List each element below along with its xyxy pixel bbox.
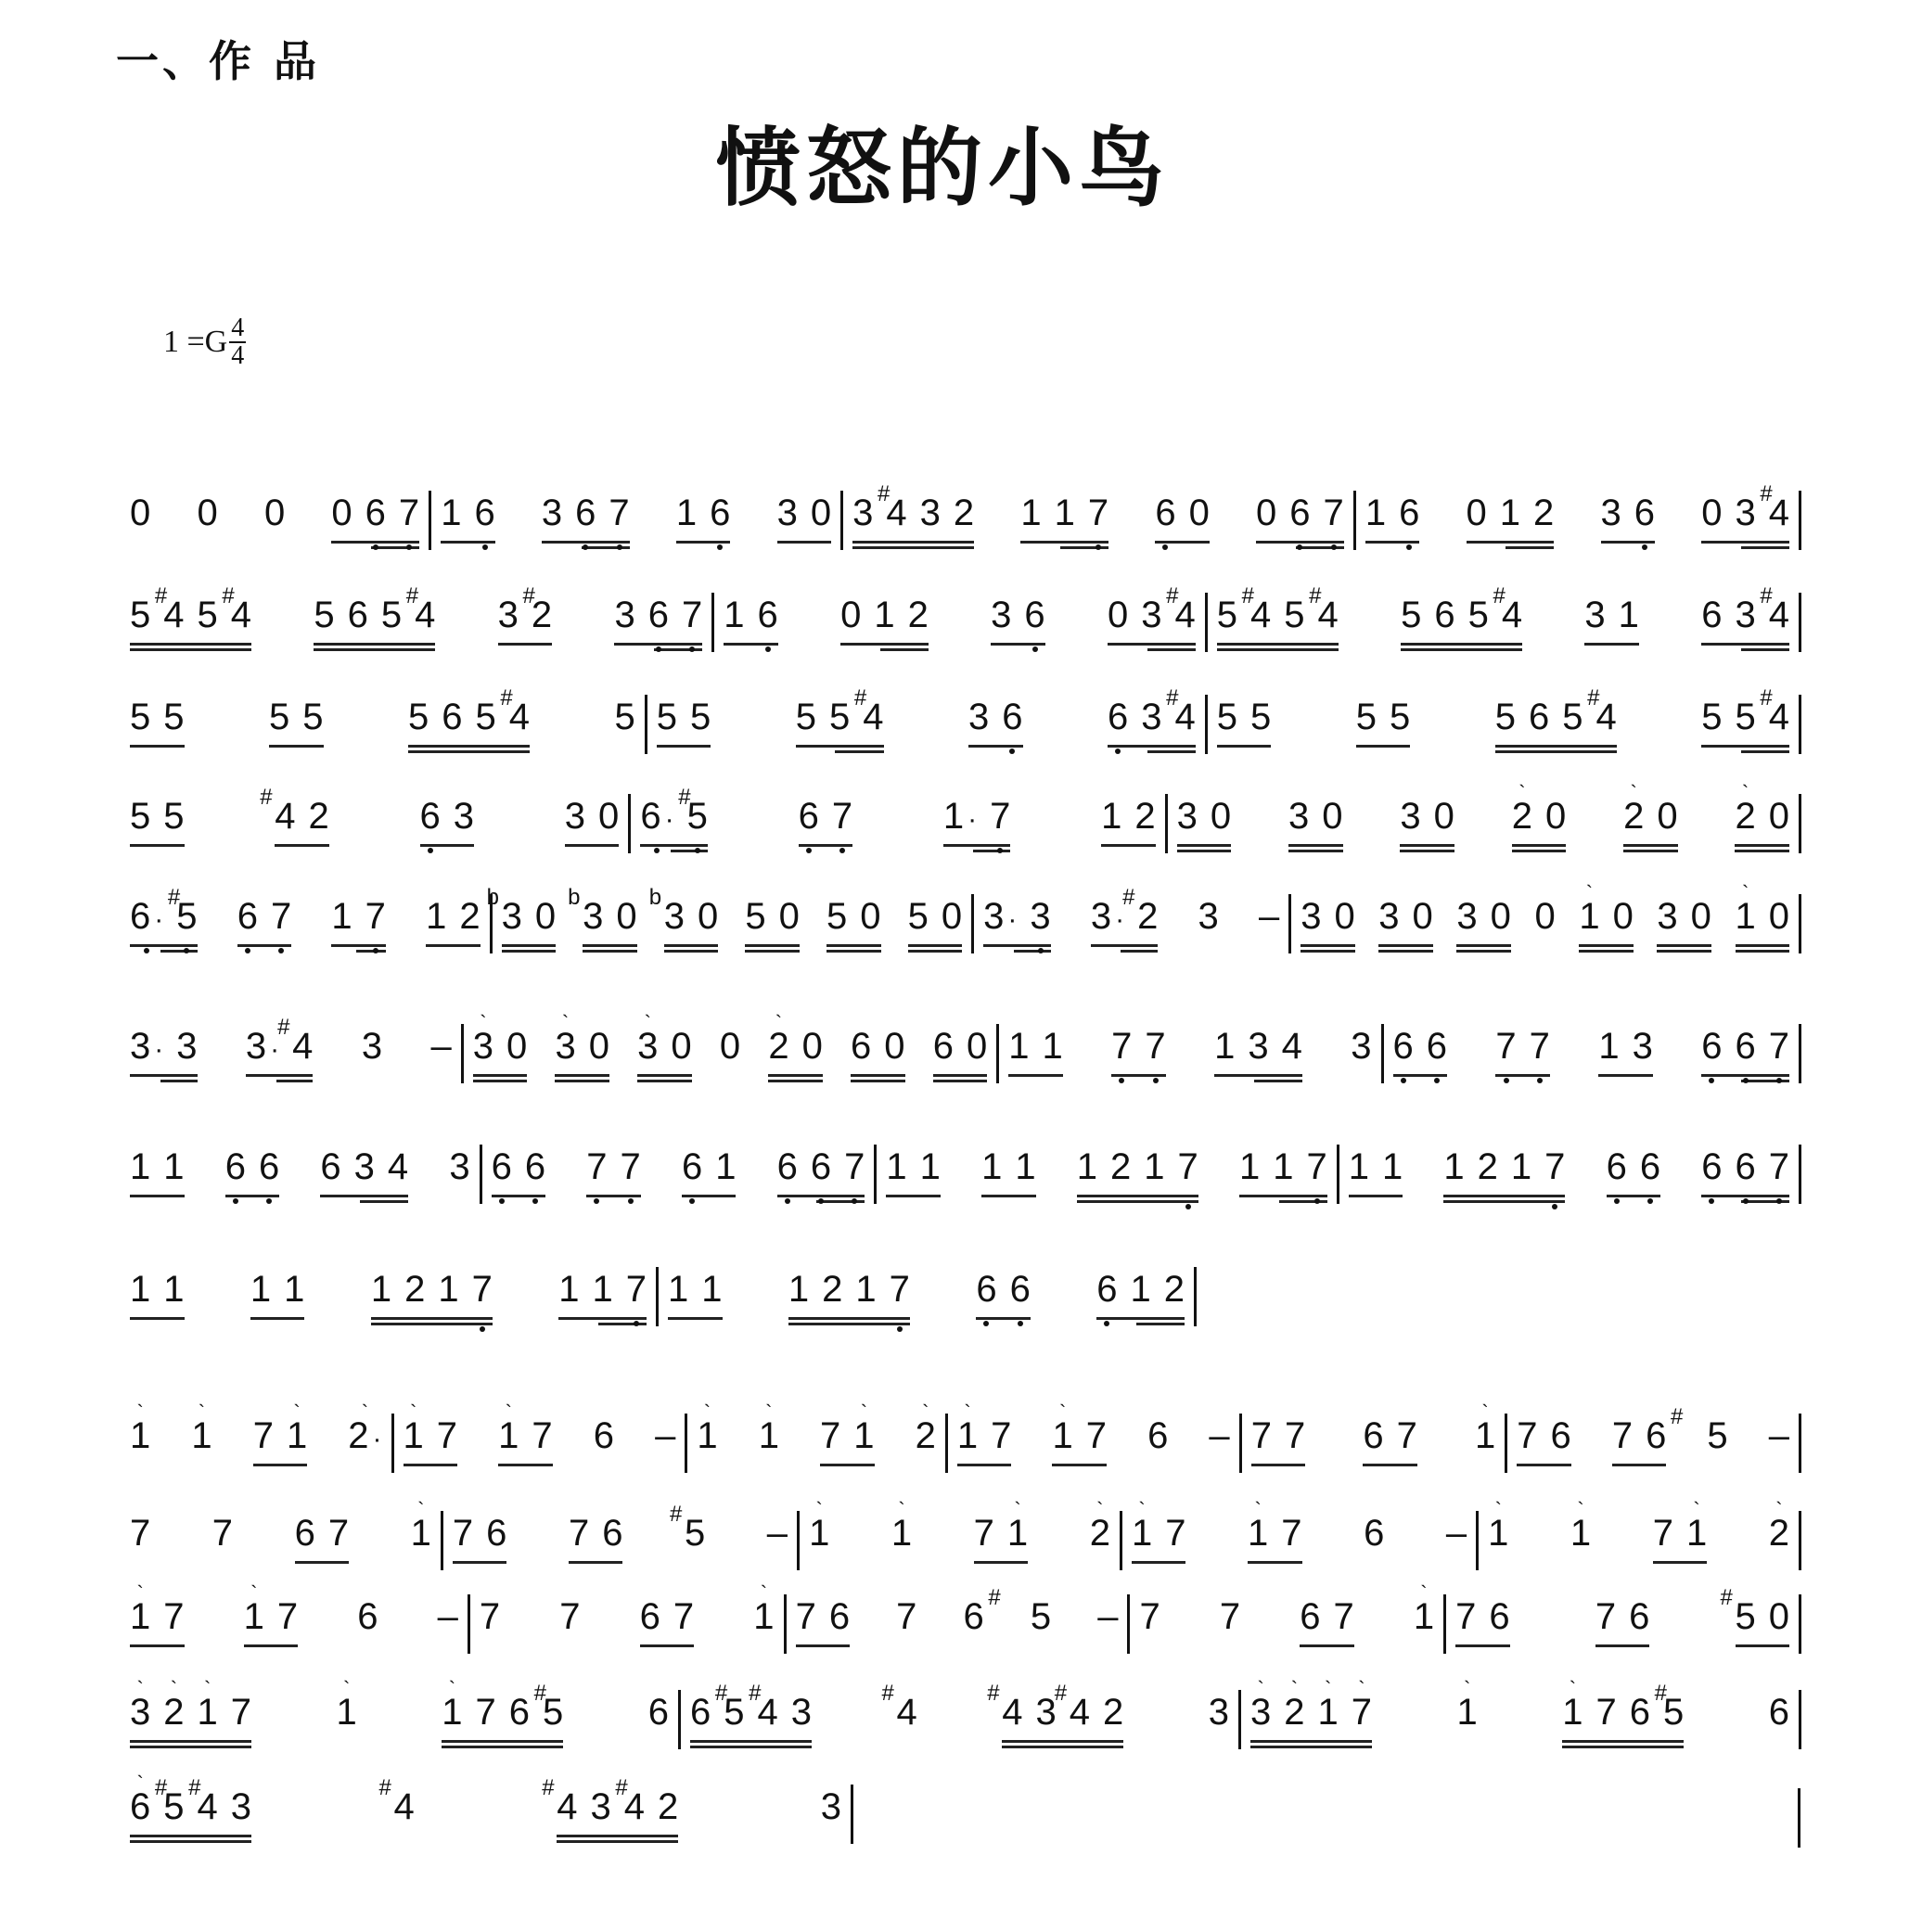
note: 7 [1455,1591,1476,1643]
beat-group: 1` [1570,1507,1591,1559]
beat-group: 3 [449,1141,469,1193]
note: 6 [420,790,441,842]
underline-eighth [130,1835,251,1837]
measure: 1`1`71`2` [687,1410,945,1512]
note: 7 [1397,1410,1417,1462]
beat-group: 31 [1584,589,1639,646]
measure: 5#45#4565#43#2367 [121,589,711,691]
underline-sixteenth [852,546,974,549]
underline-sixteenth [1579,950,1634,953]
underline-eighth [1217,643,1339,646]
beat-notes: 3 [1351,1020,1371,1072]
high-octave-dot: ` [1481,1408,1488,1417]
underline-eighth [1701,1074,1789,1077]
note: 5 [269,691,289,743]
underline-eighth [657,745,711,748]
low-octave-dot [373,544,378,550]
beat-notes: 7 [559,1591,580,1643]
note: 2` [1512,790,1532,842]
beat-group: 55#4 [796,691,884,753]
note: 3 [1036,1686,1057,1738]
underline-sixteenth [973,850,1010,852]
note: 6 [648,1686,669,1738]
beat-group: 30 [1288,790,1343,852]
beat-notes: 11 [668,1263,723,1315]
beat-group: 7 [896,1591,916,1643]
underline-eighth [130,1195,185,1197]
note: 6 [1629,1591,1649,1643]
barline [1799,1145,1801,1204]
note: 0 [1467,487,1487,539]
beat-notes: 3`0 [555,1020,609,1072]
underline-eighth [1401,643,1522,646]
note: 7 [1544,1141,1565,1193]
underline-eighth [933,1074,988,1077]
note: 5 [908,890,929,942]
beat-notes: 3 [821,1781,841,1833]
note: 5# [130,589,150,641]
underline-eighth [130,944,198,947]
note: 0 [1256,487,1276,539]
note: 6 [682,1141,702,1193]
beat-group: 1` [759,1410,779,1462]
measure: 1`1`71`2·` [121,1410,391,1512]
beat-group: 3·3 [130,1020,198,1082]
augmentation-dot: · [1007,894,1017,946]
beat-notes: 76 [569,1507,623,1559]
note: 7 [253,1410,274,1462]
beat-notes: 1217 [371,1263,493,1315]
beat-notes: 367 [542,487,630,539]
beat-group: 16 [1365,487,1420,544]
high-octave-dot: ` [1014,1505,1020,1515]
note: 2` [1090,1507,1110,1559]
underline-sixteenth [1735,850,1789,852]
note: 5 [1031,1591,1051,1643]
high-octave-dot: ` [562,1018,569,1028]
beat-group: 1` [191,1410,211,1462]
augmentation-dot: · [967,794,977,846]
note: – [1446,1507,1467,1559]
beat-notes: – [1209,1410,1229,1462]
underline-eighth [1455,1644,1510,1647]
beat-notes: 63#4 [1108,691,1196,743]
note: 5 [690,691,711,743]
beat-notes: 367 [614,589,702,641]
note: 5 [408,691,429,743]
beat-notes: 67 [295,1507,350,1559]
beat-group: 1`7 [1052,1410,1107,1466]
beat-notes: 55 [130,790,185,842]
note: 7 [1139,1591,1160,1643]
beat-notes: 30 [1456,890,1511,942]
high-octave-dot: ` [1742,788,1749,798]
beat-group: #4 [394,1781,415,1833]
beat-notes: 6#`5#43 [130,1781,251,1833]
high-octave-dot: ` [964,1408,970,1417]
beat-group: 612 [1096,1263,1185,1325]
beat-notes: 0 [1534,890,1555,942]
underline-eighth [1653,1561,1708,1564]
note: 0 [616,890,636,942]
beat-group: 0 [130,487,150,539]
underline-eighth [974,1561,1029,1564]
underline-sixteenth [276,1080,314,1082]
beat-group: 11 [1349,1141,1403,1197]
low-octave-dot [1614,1198,1620,1204]
high-octave-dot: ` [136,1684,143,1694]
beat-notes: 2`0 [1512,790,1567,842]
underline-eighth [1612,1464,1667,1466]
note: 6 [320,1141,340,1193]
beat-group: #42 [275,790,329,847]
beat-notes: 565#4 [1401,589,1522,641]
beat-group: 0 [264,487,285,539]
beat-group: 60 [933,1020,988,1082]
note: 1` [191,1410,211,1462]
note: 1 [874,589,894,641]
beat-group: 6 [357,1591,378,1643]
note: 1 [920,1141,941,1193]
beat-group: 1` [130,1410,150,1462]
note: 0 [671,1020,691,1072]
beat-group: 77 [586,1141,641,1197]
beat-group: 71` [974,1507,1029,1564]
underline-eighth [1288,844,1343,847]
beat-notes: 30 [1177,790,1232,842]
beat-notes: 36 [1601,487,1656,539]
beat-group: 55#4 [1701,691,1789,753]
note: 1` [853,1410,874,1462]
note: 6 [1736,1141,1756,1193]
measure: 3#43211760067 [843,487,1353,589]
beat-notes: 3·#2 [1091,890,1159,942]
beat-group: 71` [253,1410,308,1466]
beat-notes: 5 [615,691,635,743]
note: 2` [768,1020,788,1072]
note: 7 [472,1263,493,1315]
underline-sixteenth [1741,1080,1789,1082]
underline-eighth [542,541,630,544]
score-row: 6#`5#43#4#43#423 [121,1781,853,1883]
note: 0 [589,1020,609,1072]
high-octave-dot: ` [1059,1408,1066,1417]
beat-notes: – [655,1410,675,1462]
beat-group: 30 [565,790,620,847]
low-octave-dot [785,1198,790,1204]
note: 1 [1214,1020,1235,1072]
underline-eighth [130,745,185,748]
underline-eighth [690,1740,812,1743]
underline-sixteenth [1250,1746,1372,1748]
underline-sixteenth [555,1080,609,1082]
measure: 5555565#455#4 [1208,691,1799,793]
note: 5 [1663,1686,1684,1738]
underline-eighth [664,944,719,947]
underline-sixteenth [1400,850,1454,852]
note: 6#· [640,790,673,842]
underline-sixteenth [1495,750,1617,753]
note: 6 [640,1591,660,1643]
note: – [438,1591,458,1643]
note: 3# [1141,589,1161,641]
beat-notes: – [1446,1507,1467,1559]
sharp-sign: # [1721,1587,1733,1609]
beat-notes: 067 [1256,487,1344,539]
note: 5# [198,589,218,641]
measure: 11666343 [121,1141,480,1243]
note: 0 [860,890,880,942]
note: 5# [724,1686,744,1738]
underline-eighth [777,541,832,544]
beat-group: 012 [1467,487,1555,549]
beat-group: 66 [1607,1141,1661,1197]
underline-eighth [1214,1074,1302,1077]
underline-eighth [991,643,1045,646]
beat-notes: 1` [337,1686,357,1738]
underline-sixteenth [1147,750,1196,753]
low-octave-dot [1032,646,1038,652]
note: 1` [1052,1410,1072,1462]
note: 1· [943,790,977,842]
note: 5 [130,790,150,842]
beat-group: 71` [820,1410,875,1466]
note: 1 [1020,487,1041,539]
note: 6# [509,1686,530,1738]
beat-notes: 11 [130,1263,185,1315]
underline-sixteenth [1002,1746,1123,1748]
high-octave-dot: ` [410,1408,416,1417]
note: 7 [480,1591,500,1643]
beat-notes: 77 [1495,1020,1550,1072]
beat-group: 117 [1020,487,1108,549]
beat-notes: 11 [1349,1141,1403,1193]
underline-eighth [957,1464,1012,1466]
note: 1 [701,1263,722,1315]
beat-notes: 76 [453,1507,507,1559]
beat-notes: 117 [558,1263,647,1315]
note: 5# [1562,691,1582,743]
note: 5 [163,790,184,842]
beat-notes: 2` [1769,1507,1789,1559]
note: 5 [657,691,677,743]
score-row: 116663436677616671111121711711121766667 [121,1141,1801,1243]
note: 1 [1443,1141,1464,1193]
note: 2` [1769,1507,1789,1559]
low-octave-dot [852,1198,857,1204]
beat-group: 55 [657,691,711,748]
high-octave-dot: ` [1742,889,1749,898]
measure: 7676#5– [787,1591,1128,1693]
note: 5 [826,890,847,942]
note: 0 [1189,487,1210,539]
measure: 3030302`02`02`0 [1168,790,1799,892]
note: 6 [1155,487,1175,539]
note: 6 [1550,1410,1570,1462]
note: 7 [832,790,852,842]
barline [1194,1267,1197,1326]
note: 4 [758,1686,778,1738]
beat-notes: 117 [1020,487,1108,539]
beat-notes: 67 [1300,1591,1354,1643]
underline-eighth [1443,1195,1565,1197]
beat-notes: 55 [269,691,324,743]
beat-notes: #5 [685,1507,705,1559]
underline-sixteenth [1279,1200,1327,1203]
note: 4 [1769,589,1789,641]
underline-sixteenth [1296,546,1344,549]
beat-group: 76 [1455,1591,1510,1647]
beat-group: 1217 [1077,1141,1198,1203]
measure: 77671` [470,1591,784,1693]
note: 6 [1096,1263,1117,1315]
note: 7 [1495,1020,1516,1072]
note: 7 [212,1507,233,1559]
underline-sixteenth [1378,950,1433,953]
underline-eighth [1365,541,1420,544]
beat-notes: 3·#4 [246,1020,314,1072]
measure: 5555#43663#4 [647,691,1205,793]
high-octave-dot: ` [765,1408,772,1417]
note: 4 [624,1781,645,1833]
beat-notes: 60 [1155,487,1210,539]
beat-group: 61 [682,1141,737,1197]
note: 5 [130,691,150,743]
note: b3 [664,890,685,942]
low-octave-dot [1504,1078,1509,1083]
note: 1 [1619,589,1639,641]
beat-notes: 77 [1251,1410,1306,1462]
augmentation-dot: · [154,1024,163,1076]
barline [851,1785,853,1844]
beat-notes: 66 [1393,1020,1448,1072]
measure: 5#45#4565#43163#4 [1208,589,1799,691]
note: 3# [1735,589,1755,641]
low-octave-dot [278,948,284,953]
underline-sixteenth [130,1746,251,1748]
note: 0 [720,1020,740,1072]
beat-notes: 1`0 [1736,890,1790,942]
sharp-sign: # [988,1587,1000,1609]
note: 7 [1281,1507,1301,1559]
note: 5# [381,589,402,641]
underline-eighth [640,1644,695,1647]
beat-group: 2`0 [1623,790,1678,852]
beat-notes: 565#4 [314,589,435,641]
low-octave-dot [1709,1198,1714,1204]
measure: 6#·5671·712 [631,790,1164,892]
note: 1` [130,1591,150,1643]
underline-eighth [314,643,435,646]
note: – [430,1020,451,1072]
note: 5 [1401,589,1421,641]
note: 6 [474,487,494,539]
beat-group: 3·3 [983,890,1051,953]
note: 0 [1413,890,1433,942]
low-octave-dot [266,1198,272,1204]
underline-sixteenth [933,1080,988,1082]
measure: 3·33·#23– [974,890,1288,992]
beat-notes: 71` [820,1410,875,1462]
note: 6 [1108,691,1128,743]
note: 3 [920,487,941,539]
underline-eighth [1584,643,1639,646]
beat-group: 6 [1364,1507,1384,1559]
measure: 6#`5#43#4#43#423 [121,1781,851,1883]
high-octave-dot: ` [1693,1505,1699,1515]
low-octave-dot [1162,544,1168,550]
low-octave-dot [1185,1204,1191,1209]
underline-eighth [130,1644,185,1647]
beat-notes: 0 [264,487,285,539]
beat-notes: 634 [320,1141,408,1193]
note: 5 [1250,691,1271,743]
score-row: 3`2`1`71`1`76#566#5#43#4#43#4233`2`1`7`1… [121,1686,1801,1788]
note: 7 [890,1263,910,1315]
beat-notes: b30 [502,890,557,942]
beat-notes: 71` [1653,1507,1708,1559]
beat-notes: 5 [1707,1410,1727,1462]
beat-notes: 50 [826,890,881,942]
score-row: 6#·5671712b30b30b305050503·33·#23–303030… [121,890,1801,992]
note: 0 [1613,890,1634,942]
note: 5# [163,1781,184,1833]
beat-notes: 17 [331,890,386,942]
barline [1799,593,1801,652]
note: 4 [1174,589,1195,641]
beat-group: 3`0 [473,1020,528,1082]
low-octave-dot [373,948,378,953]
note: 7 [1595,1591,1616,1643]
beat-group: – [767,1507,788,1559]
barline [1799,894,1801,953]
underline-eighth [668,1317,723,1320]
note: 3 [1030,890,1050,942]
beat-notes: 6 [357,1591,378,1643]
beat-group: 67 [295,1507,350,1564]
note: 0 [1657,790,1677,842]
beat-group: 3`2`1`7 [130,1686,251,1748]
measure: 3·33·#43– [121,1020,461,1122]
beat-group: 66 [492,1141,546,1197]
beat-notes: 1` [891,1507,912,1559]
note: 1 [1055,487,1075,539]
beat-notes: 11 [981,1141,1036,1193]
note: 3` [473,1020,493,1072]
low-octave-dot [594,1198,599,1204]
beat-notes: 1` [809,1507,829,1559]
underline-sixteenth [1512,850,1567,852]
beat-group: 7 [130,1507,150,1559]
beat-group: 50 [908,890,963,953]
note: 6 [1607,1141,1627,1193]
note: 6 [357,1591,378,1643]
beat-notes: 5#45#4 [1217,589,1339,641]
note: 6 [1010,1263,1031,1315]
underline-eighth [796,1644,851,1647]
beat-group: 77 [1251,1410,1306,1466]
note: 6 [348,589,368,641]
beat-notes: 1`7 [244,1591,299,1643]
note: 2` [916,1410,936,1462]
beat-group: 1`7 [244,1591,299,1647]
beat-group: 11 [886,1141,941,1197]
beat-group: 012 [840,589,929,651]
measure: 1`71`76– [948,1410,1239,1512]
note: 6 [1701,589,1722,641]
beat-group: 77 [1495,1020,1550,1077]
beat-notes: 12 [1101,790,1156,842]
